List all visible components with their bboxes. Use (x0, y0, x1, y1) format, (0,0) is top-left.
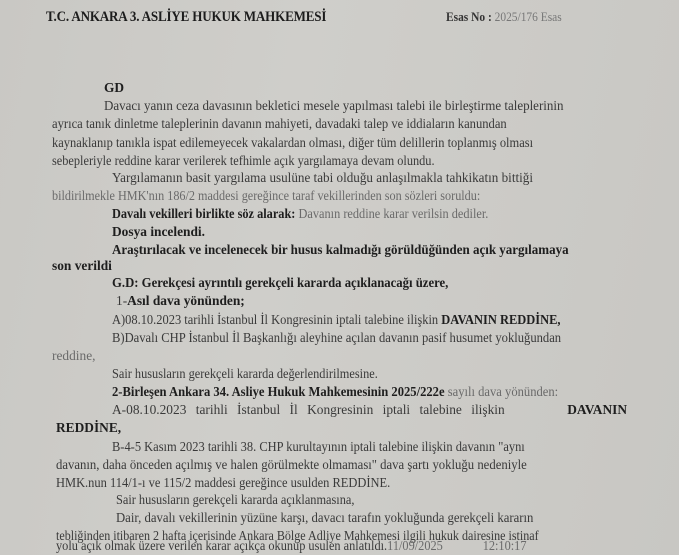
item-a: A)08.10.2023 tarihli İstanbul İl Kongres… (112, 312, 561, 328)
joined-case-title: 2-Birleşen Ankara 34. Asliye Hukuk Mahke… (112, 384, 445, 399)
joined-case-heading: 2-Birleşen Ankara 34. Asliye Hukuk Mahke… (112, 384, 558, 400)
joined-case-suffix: sayılı dava yönünden: (448, 384, 558, 399)
court-name: T.C. ANKARA 3. ASLİYE HUKUK MAHKEMESİ (46, 9, 326, 26)
defendants-statement: Davalı vekilleri birlikte söz alarak: Da… (112, 206, 488, 222)
defendants-label: Davalı vekilleri birlikte söz alarak: (112, 206, 295, 221)
closing-line-final: yolu açık olmak üzere verilen karar açık… (56, 538, 527, 554)
case-number-label: Esas No : (446, 9, 492, 24)
joined-item-a: A-08.10.2023 tarihli İstanbul İl Kongres… (112, 402, 627, 418)
paragraph-line: ayrıca tanık dinletme taleplerinin davan… (52, 116, 507, 132)
decision-time: 12:10:17 (483, 538, 527, 553)
item-b-line: B)Davalı CHP İstanbul İl Başkanlığı aley… (112, 330, 561, 346)
item-a-text: A)08.10.2023 tarihli İstanbul İl Kongres… (112, 312, 438, 327)
paragraph-line: Yargılamanın basit yargılama usulüne tab… (112, 170, 533, 186)
case-number-value: 2025/176 Esas (495, 9, 562, 24)
gd-heading: GD (104, 80, 124, 96)
joined-item-a-verdict-cont: REDDİNE, (56, 420, 121, 436)
joined-item-a-verdict: DAVANIN (567, 402, 627, 418)
court-record-page: T.C. ANKARA 3. ASLİYE HUKUK MAHKEMESİ Es… (0, 0, 679, 555)
item-b-line: reddine, (52, 348, 96, 364)
gd-reasoned: G.D: Gerekçesi ayrıntılı gerekçeli karar… (112, 275, 448, 291)
closing-text: yolu açık olmak üzere verilen karar açık… (56, 538, 387, 553)
paragraph-line: bildirilmekle HMK'nın 186/2 maddesi gere… (52, 188, 480, 204)
defendants-text: Davanın reddine karar verilsin dediler. (299, 206, 489, 221)
joined-item-b-line: davanın, daha önceden açılmış ve halen g… (56, 457, 527, 473)
trial-closed-line: Araştırılacak ve incelenecek bir husus k… (112, 242, 569, 258)
joined-item-b-line: HMK.nun 114/1-ı ve 115/2 maddesi gereğin… (56, 475, 390, 491)
main-case-number: 1- (116, 293, 127, 308)
main-case-heading: 1-Asıl dava yönünden; (116, 293, 245, 309)
decision-date: 11/09/2025 (387, 538, 443, 553)
paragraph-line: sebepleriyle reddine karar verilerek tef… (52, 153, 435, 169)
joined-item-a-text: A-08.10.2023 tarihli İstanbul İl Kongres… (112, 402, 505, 418)
trial-closed-line: son verildi (52, 258, 112, 274)
file-examined: Dosya incelendi. (112, 224, 205, 240)
main-case-title: Asıl dava yönünden; (127, 293, 245, 308)
item-a-verdict: DAVANIN REDDİNE, (441, 312, 560, 327)
paragraph-line: kaynaklanıp tanıkla ispat edilemeyecek v… (52, 135, 533, 151)
other-matters: Sair hususların gerekçeli kararda değerl… (112, 366, 378, 382)
closing-line: Dair, davalı vekillerinin yüzüne karşı, … (116, 510, 533, 526)
other-matters: Sair hususların gerekçeli kararda açıkla… (116, 492, 354, 508)
case-number: Esas No : 2025/176 Esas (446, 9, 562, 25)
joined-item-b-line: B-4-5 Kasım 2023 tarihli 38. CHP kurulta… (112, 439, 525, 455)
paragraph-line: Davacı yanın ceza davasının bekletici me… (104, 98, 563, 114)
